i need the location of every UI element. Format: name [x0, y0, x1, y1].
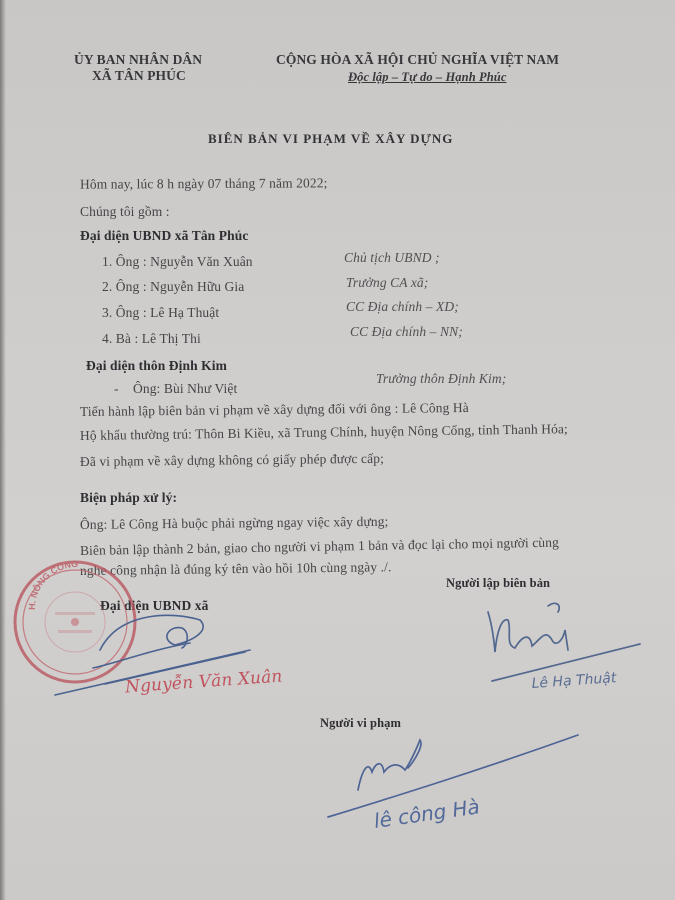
violator-signature-label: Người vi phạm [320, 716, 401, 731]
violator-signature-icon: lê công Hà [328, 735, 578, 833]
member-role: CC Địa chính – NN; [350, 324, 463, 340]
page-edge-shadow [0, 0, 6, 900]
header-nation: CỘNG HÒA XÃ HỘI CHỦ NGHĨA VIỆT NAM [276, 52, 559, 68]
recorder-signature-icon: Lê Hạ Thuật [488, 603, 640, 692]
violator-handwritten-name: lê công Hà [372, 794, 481, 833]
member-role: Chủ tịch UBND ; [344, 250, 440, 266]
header-motto: Độc lập – Tự do – Hạnh Phúc [348, 70, 506, 85]
ubnd-section-heading: Đại diện UBND xã Tân Phúc [80, 228, 248, 244]
measures-line-1: Ông: Lê Công Hà buộc phải ngừng ngay việ… [80, 514, 389, 533]
body-line-1: Tiến hành lập biên bản vi phạm về xây dự… [80, 400, 469, 420]
recorder-signature-label: Người lập biên bản [446, 576, 550, 591]
body-line-3: Đã vi phạm về xây dựng không có giấy phé… [80, 451, 384, 470]
document-page: ỦY BAN NHÂN DÂN XÃ TÂN PHÚC CỘNG HÒA XÃ … [0, 0, 675, 900]
member-role: CC Địa chính – XD; [346, 299, 459, 315]
svg-text:H. NÔNG CỐNG: H. NÔNG CỐNG [27, 559, 78, 610]
document-title: BIÊN BẢN VI PHẠM VỀ XÂY DỰNG [208, 131, 453, 147]
header-authority-line1: ỦY BAN NHÂN DÂN [74, 52, 202, 68]
we-are-line: Chúng tôi gồm : [80, 204, 170, 220]
member-name: 3. Ông : Lê Hạ Thuật [102, 305, 219, 321]
measures-heading: Biện pháp xử lý: [80, 490, 177, 506]
member-role: Trưởng CA xã; [346, 275, 428, 291]
body-line-2: Hộ khẩu thường trú: Thôn Bi Kiều, xã Tru… [80, 421, 568, 444]
member-name: 4. Bà : Lê Thị Thi [102, 331, 201, 347]
ubnd-signature-label: Đại diện UBND xã [100, 598, 209, 614]
measures-line-3: nghe công nhận là đúng ký tên vào hồi 10… [80, 559, 392, 579]
recorder-handwritten-name: Lê Hạ Thuật [531, 670, 617, 692]
ubnd-stamped-name: Nguyễn Văn Xuân [124, 667, 283, 698]
village-section-heading: Đại diện thôn Định Kim [86, 358, 227, 374]
village-member-name: Ông: Bùi Như Việt [133, 381, 237, 397]
header-authority-line2: XÃ TÂN PHÚC [92, 68, 186, 84]
member-name: 2. Ông : Nguyễn Hữu Gia [102, 279, 244, 295]
date-line: Hôm nay, lúc 8 h ngày 07 tháng 7 năm 202… [80, 175, 328, 192]
village-member-role: Trưởng thôn Định Kim; [376, 371, 506, 387]
measures-line-2: Biên bản lập thành 2 bản, giao cho người… [80, 535, 559, 559]
stamp-text: H. NÔNG CỐNG [27, 559, 78, 610]
member-name: 1. Ông : Nguyễn Văn Xuân [102, 254, 253, 270]
village-member-bullet: - [114, 381, 119, 397]
